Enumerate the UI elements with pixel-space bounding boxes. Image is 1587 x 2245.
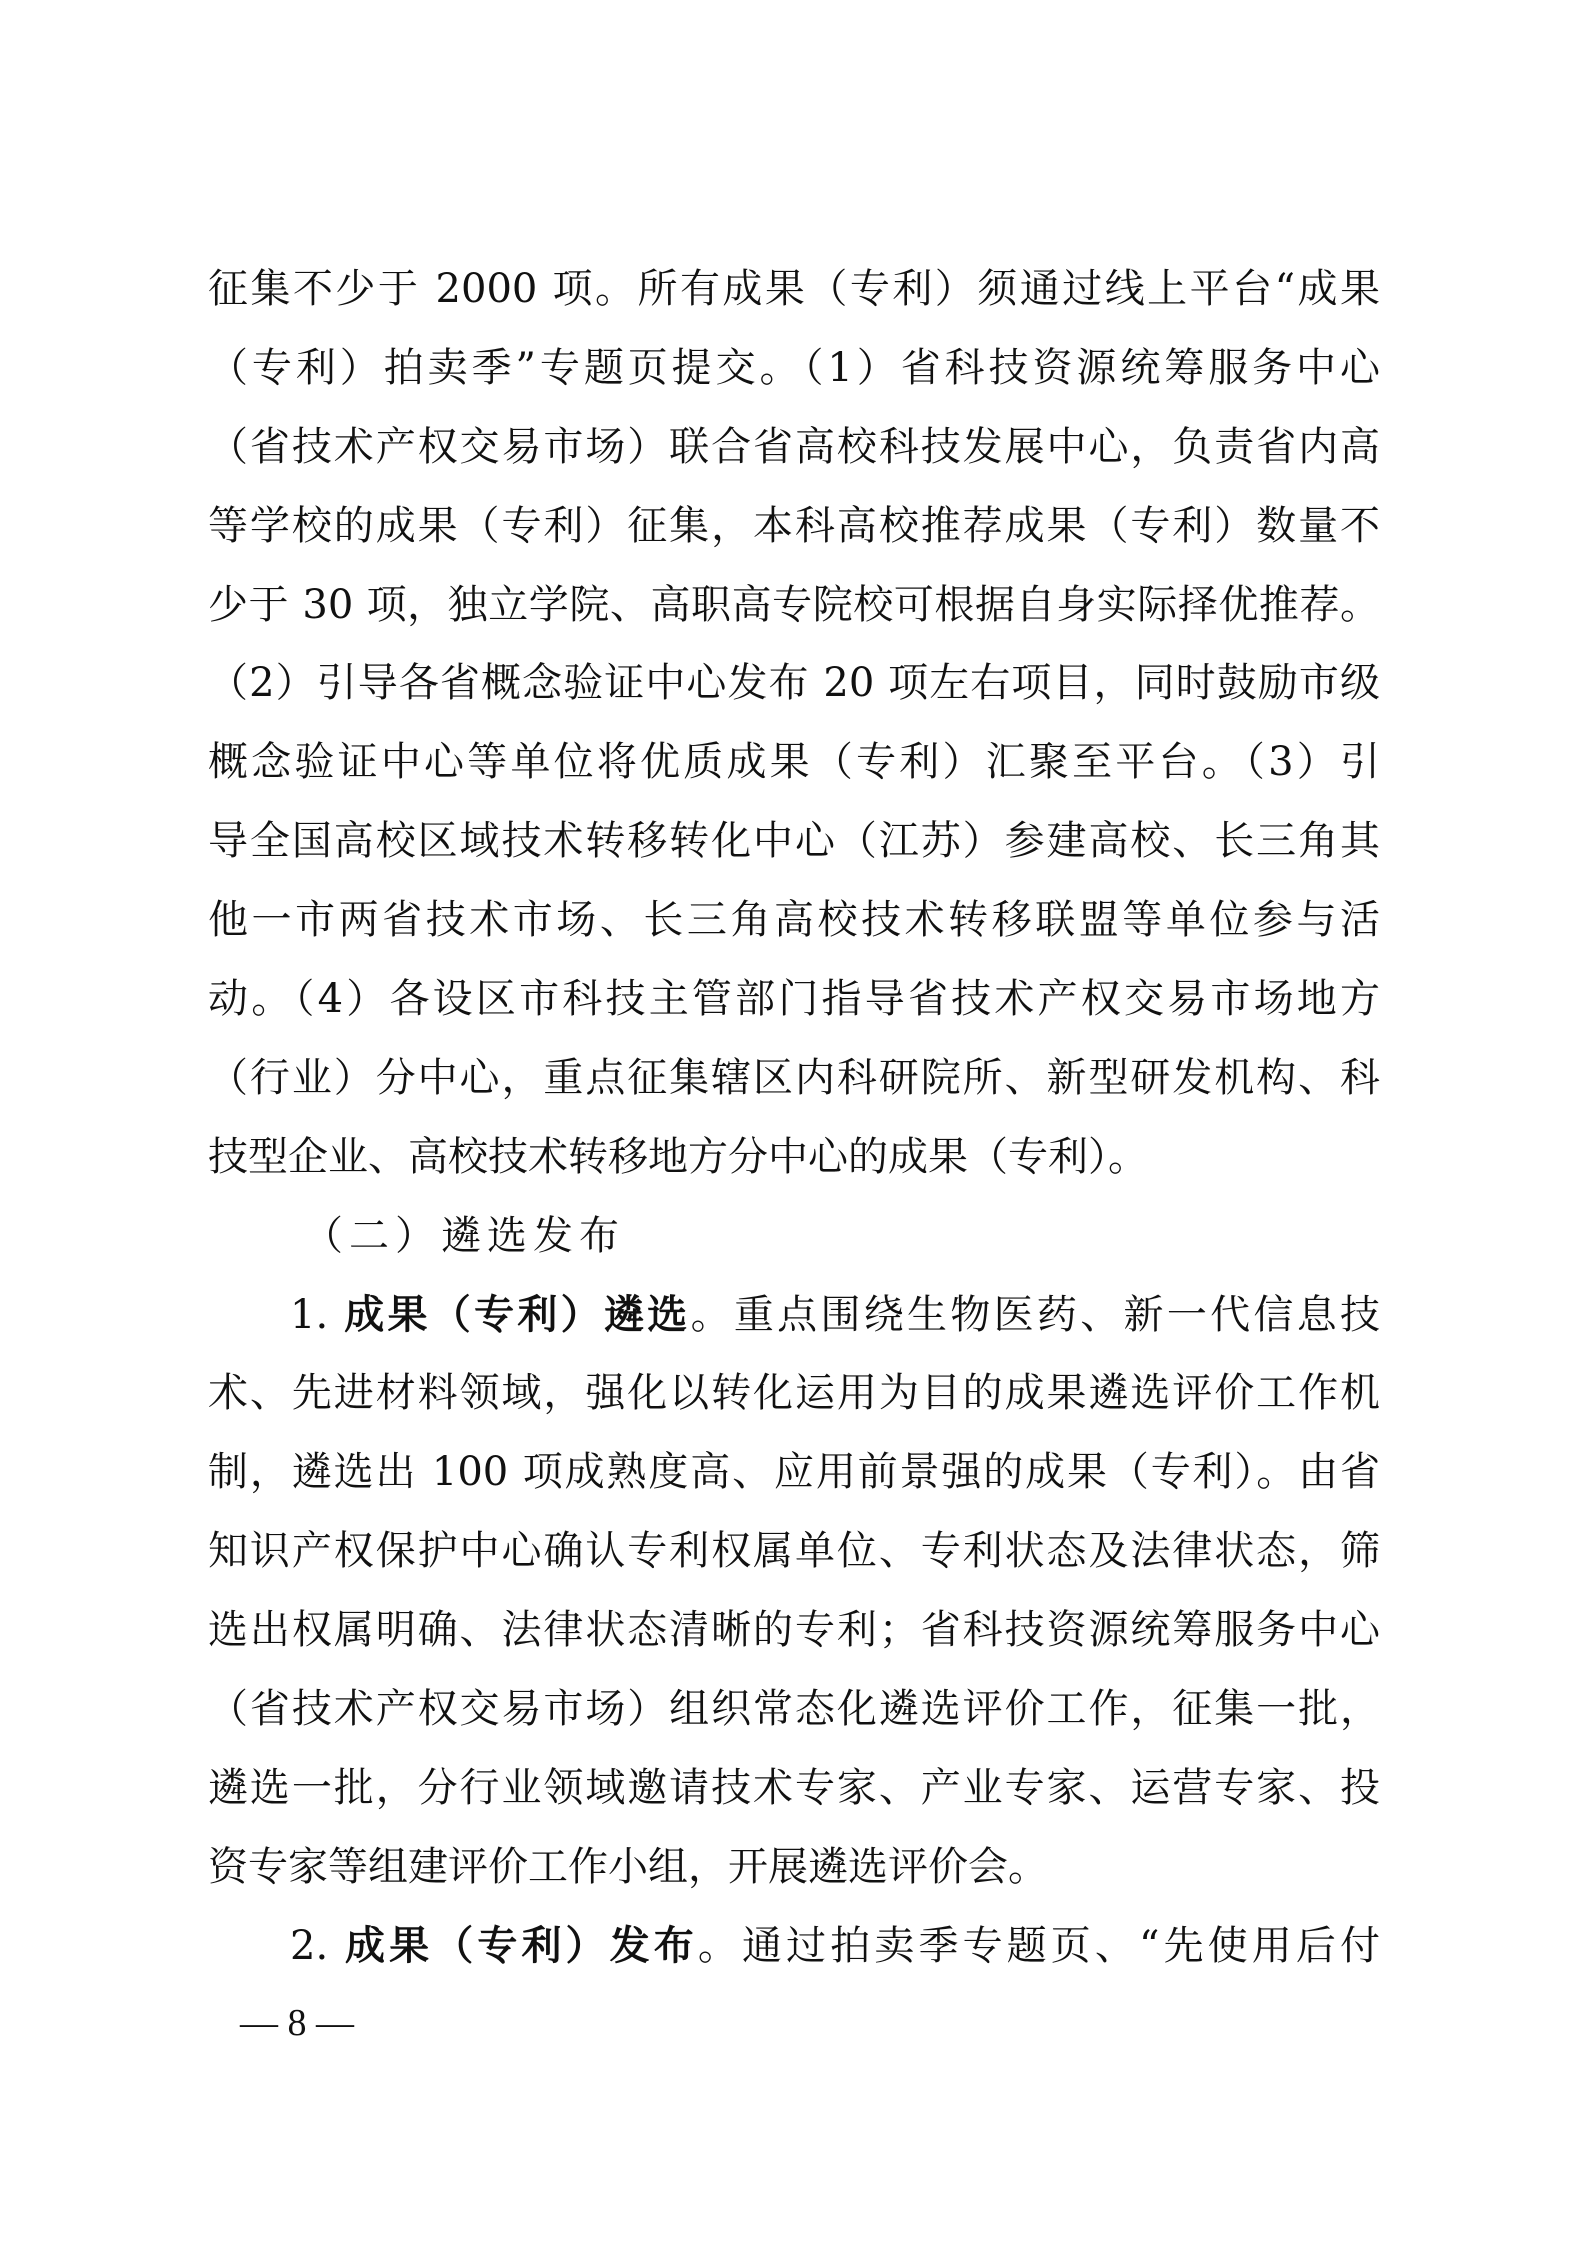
paragraph-line: 概念验证中心等单位将优质成果（专利）汇聚至平台。（3）引: [208, 723, 1380, 802]
paragraph-line: 动。（4）各设区市科技主管部门指导省技术产权交易市场地方: [208, 960, 1380, 1039]
item-1-number: 1.: [290, 1292, 344, 1338]
document-page: 征集不少于 2000 项。所有成果（专利）须通过线上平台“成果 （专利）拍卖季”…: [0, 0, 1587, 2245]
page-number: — 8 —: [240, 2000, 354, 2046]
paragraph-line: 少于 30 项，独立学院、高职高专院校可根据自身实际择优推荐。: [208, 566, 1380, 645]
paragraph-line: 选出权属明确、法律状态清晰的专利；省科技资源统筹服务中心: [208, 1591, 1380, 1670]
item-2-title: 成果（专利）发布: [345, 1923, 698, 1969]
paragraph-line: 知识产权保护中心确认专利权属单位、专利状态及法律状态，筛: [208, 1512, 1380, 1591]
paragraph-line: （省技术产权交易市场）组织常态化遴选评价工作，征集一批，: [208, 1670, 1380, 1749]
paragraph-line: 征集不少于 2000 项。所有成果（专利）须通过线上平台“成果: [208, 250, 1380, 329]
section-heading: （二）遴选发布: [208, 1197, 1380, 1276]
item-2-number: 2.: [290, 1923, 345, 1969]
paragraph-line: （2）引导各省概念验证中心发布 20 项左右项目，同时鼓励市级: [208, 644, 1380, 723]
item-1-first-line: 1. 成果（专利）遴选。重点围绕生物医药、新一代信息技: [208, 1276, 1380, 1355]
item-1-first-line-text: 重点围绕生物医药、新一代信息技: [734, 1292, 1380, 1338]
item-2-first-line-text: 通过拍卖季专题页、“先使用后付: [742, 1923, 1380, 1969]
body-text: 征集不少于 2000 项。所有成果（专利）须通过线上平台“成果 （专利）拍卖季”…: [208, 250, 1380, 1986]
paragraph-line: （专利）拍卖季”专题页提交。（1）省科技资源统筹服务中心: [208, 329, 1380, 408]
paragraph-line: 术、先进材料领域，强化以转化运用为目的成果遴选评价工作机: [208, 1354, 1380, 1433]
paragraph-line: （行业）分中心，重点征集辖区内科研院所、新型研发机构、科: [208, 1039, 1380, 1118]
item-1-title: 成果（专利）遴选: [344, 1292, 690, 1338]
paragraph-line: 制，遴选出 100 项成熟度高、应用前景强的成果（专利）。由省: [208, 1433, 1380, 1512]
paragraph-line: 技型企业、高校技术转移地方分中心的成果（专利）。: [208, 1118, 1380, 1197]
item-2-title-end: 。: [698, 1923, 742, 1969]
item-2-first-line: 2. 成果（专利）发布。通过拍卖季专题页、“先使用后付: [208, 1907, 1380, 1986]
paragraph-line: 导全国高校区域技术转移转化中心（江苏）参建高校、长三角其: [208, 802, 1380, 881]
paragraph-line: 等学校的成果（专利）征集，本科高校推荐成果（专利）数量不: [208, 487, 1380, 566]
item-1-title-end: 。: [691, 1292, 734, 1338]
paragraph-line: （省技术产权交易市场）联合省高校科技发展中心，负责省内高: [208, 408, 1380, 487]
paragraph-line: 遴选一批，分行业领域邀请技术专家、产业专家、运营专家、投: [208, 1749, 1380, 1828]
paragraph-line: 他一市两省技术市场、长三角高校技术转移联盟等单位参与活: [208, 881, 1380, 960]
paragraph-line: 资专家等组建评价工作小组，开展遴选评价会。: [208, 1828, 1380, 1907]
